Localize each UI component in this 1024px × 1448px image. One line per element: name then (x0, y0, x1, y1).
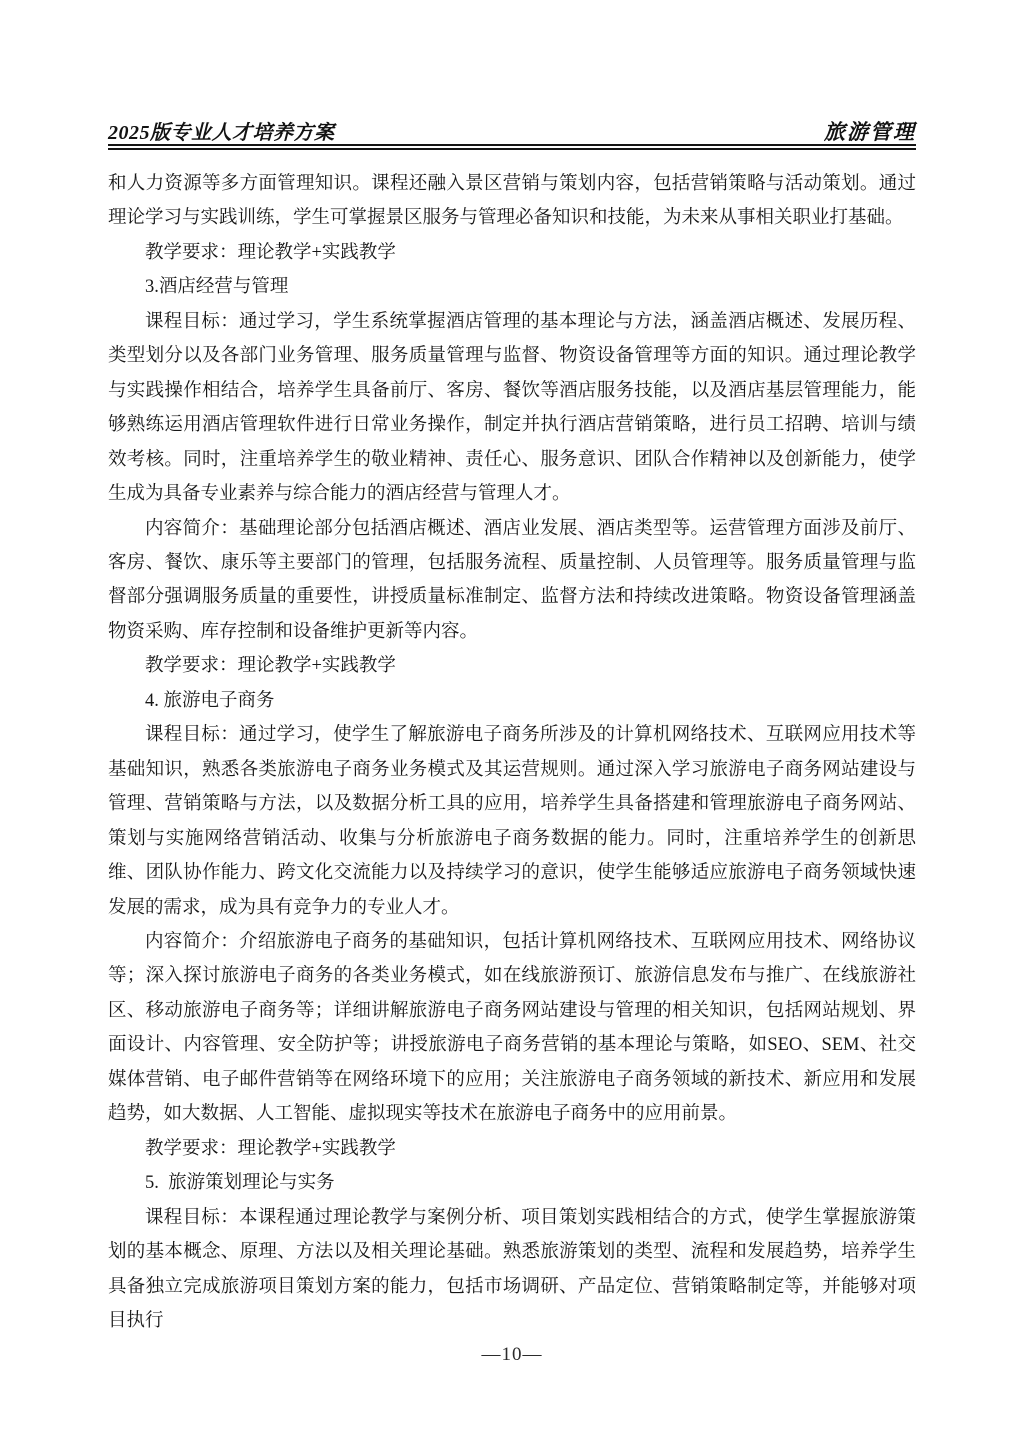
paragraph: 5. 旅游策划理论与实务 (108, 1166, 916, 1200)
paragraph: 课程目标：本课程通过理论教学与案例分析、项目策划实践相结合的方式，使学生掌握旅游… (108, 1201, 916, 1339)
page-header: 2025版专业人才培养方案 旅游管理 (108, 116, 916, 146)
document-body: 和人力资源等多方面管理知识。课程还融入景区营销与策划内容，包括营销策略与活动策划… (108, 167, 916, 1338)
paragraph: 和人力资源等多方面管理知识。课程还融入景区营销与策划内容，包括营销策略与活动策划… (108, 167, 916, 236)
paragraph: 课程目标：通过学习，学生系统掌握酒店管理的基本理论与方法，涵盖酒店概述、发展历程… (108, 305, 916, 512)
paragraph: 教学要求：理论教学+实践教学 (108, 1132, 916, 1166)
paragraph: 教学要求：理论教学+实践教学 (108, 649, 916, 683)
page-number: —10— (482, 1344, 543, 1365)
paragraph: 教学要求：理论教学+实践教学 (108, 236, 916, 270)
page-footer: —10— (0, 1344, 1024, 1366)
paragraph: 内容简介：基础理论部分包括酒店概述、酒店业发展、酒店类型等。运营管理方面涉及前厅… (108, 512, 916, 650)
header-double-rule (108, 144, 916, 150)
header-right-title: 旅游管理 (824, 116, 916, 146)
paragraph: 内容简介：介绍旅游电子商务的基础知识，包括计算机网络技术、互联网应用技术、网络协… (108, 925, 916, 1132)
header-left-title: 2025版专业人才培养方案 (108, 116, 335, 145)
paragraph: 4. 旅游电子商务 (108, 684, 916, 718)
paragraph: 3.酒店经营与管理 (108, 270, 916, 304)
paragraph: 课程目标：通过学习，使学生了解旅游电子商务所涉及的计算机网络技术、互联网应用技术… (108, 718, 916, 925)
document-page: 2025版专业人才培养方案 旅游管理 和人力资源等多方面管理知识。课程还融入景区… (0, 0, 1024, 1448)
